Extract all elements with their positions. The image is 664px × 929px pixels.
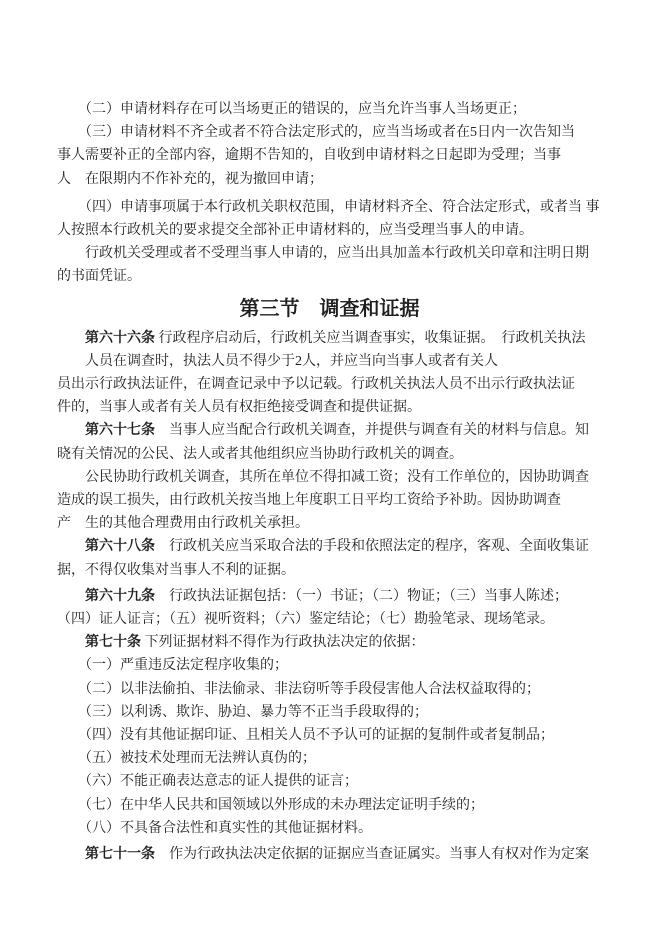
text-line: （二）申请材料存在可以当场更正的错误的，应当允许当事人当场更正； — [57, 98, 602, 121]
text-segment: 的书面凭证。 — [57, 269, 141, 284]
text-line: 第六十七条 当事人应当配合行政机关调查，并提供与调查有关的材料与信息。知 — [57, 419, 602, 442]
section-heading: 第三节 调查和证据 — [57, 295, 602, 323]
text-segment — [57, 423, 85, 438]
text-line: 晓有关情况的公民、法人或者其他组织应当协助行政机关的调查。 — [57, 443, 602, 466]
text-segment — [57, 635, 85, 650]
text-segment: 事人需要补正的全部内容，逾期不告知的，自收到申请材料之日起即为受理；当事 — [57, 148, 561, 163]
text-segment: 行政机关受理或者不受理当事人申请的，应当出具加盖本行政机关印章和注明日期 — [57, 246, 589, 261]
text-line: 第六十九条 行政执法证据包括：（一）书证；（二）物证；（三）当事人陈述； — [57, 585, 602, 608]
document-body: （二）申请材料存在可以当场更正的错误的，应当允许当事人当场更正； （三）申请材料… — [57, 98, 602, 866]
text-segment: （五）被技术处理而无法辨认真伪的； — [57, 751, 316, 766]
text-line: （一）严重违反法定程序收集的； — [57, 654, 602, 677]
text-segment: 行政执法证据包括：（一）书证；（二）物证；（三）当事人陈述； — [155, 589, 568, 604]
text-segment: 产 生的其他合理费用由行政机关承担。 — [57, 516, 309, 531]
text-line: （六）不能正确表达意志的证人提供的证言； — [57, 770, 602, 793]
text-line: （五）被技术处理而无法辨认真伪的； — [57, 747, 602, 770]
text-segment: （七）在中华人民共和国领域以外形成的未办理法定证明手续的； — [57, 798, 484, 813]
text-segment — [57, 539, 85, 554]
text-line: 员出示行政执法证件，在调查记录中予以记载。行政机关执法人员不出示行政执法证 — [57, 373, 602, 396]
document-page: （二）申请材料存在可以当场更正的错误的，应当允许当事人当场更正； （三）申请材料… — [0, 0, 664, 929]
text-segment — [57, 331, 85, 346]
text-segment: （一）严重违反法定程序收集的； — [57, 658, 288, 673]
text-line: 产 生的其他合理费用由行政机关承担。 — [57, 512, 602, 535]
text-segment: 员出示行政执法证件，在调查记录中予以记载。行政机关执法人员不出示行政执法证 — [57, 377, 575, 392]
text-line: （三）申请材料不齐全或者不符合法定形式的，应当当场或者在5日内一次告知当 — [57, 121, 602, 144]
article-number: 第七十一条 — [85, 847, 155, 862]
text-segment — [57, 847, 85, 862]
article-number: 第六十七条 — [85, 423, 155, 438]
text-segment: （六）不能正确表达意志的证人提供的证言； — [57, 774, 358, 789]
text-line: 第六十八条 行政机关应当采取合法的手段和依照法定的程序，客观、全面收集证 — [57, 535, 602, 558]
text-line: 行政机关受理或者不受理当事人申请的，应当出具加盖本行政机关印章和注明日期 — [57, 242, 602, 265]
text-segment: 晓有关情况的公民、法人或者其他组织应当协助行政机关的调查。 — [57, 447, 463, 462]
article-number: 第六十八条 — [85, 539, 155, 554]
text-segment: （三）以利诱、欺诈、胁迫、暴力等不正当手段取得的； — [57, 705, 428, 720]
text-line: 人 在限期内不作补充的，视为撤回申请； — [57, 168, 602, 191]
text-line: 据，不得仅收集对当事人不利的证据。 — [57, 559, 602, 582]
text-segment: （三）申请材料不齐全或者不符合法定形式的，应当当场或者在5日内一次告知当 — [57, 125, 575, 140]
text-segment: 造成的误工损失，由行政机关按当地上年度职工日平均工资给予补助。因协助调查 — [57, 493, 561, 508]
text-segment: 人按照本行政机关的要求提交全部补正申请材料的，应当受理当事人的申请。 — [57, 223, 533, 238]
text-segment: （二）申请材料存在可以当场更正的错误的，应当允许当事人当场更正； — [57, 102, 526, 117]
text-line: （七）在中华人民共和国领域以外形成的未办理法定证明手续的； — [57, 794, 602, 817]
text-segment: 据，不得仅收集对当事人不利的证据。 — [57, 563, 295, 578]
text-segment: 行政程序启动后，行政机关应当调查事实，收集证据。 行政机关执法 — [155, 331, 586, 346]
text-line: （八）不具备合法性和真实性的其他证据材料。 — [57, 817, 602, 840]
text-line: （四）没有其他证据印证、且相关人员不予认可的证据的复制件或者复制品； — [57, 724, 602, 747]
text-segment: 当事人应当配合行政机关调查，并提供与调查有关的材料与信息。知 — [155, 423, 589, 438]
text-line: 人员在调查时，执法人员不得少于2人，并应当向当事人或者有关人 — [57, 350, 602, 373]
text-segment: （八）不具备合法性和真实性的其他证据材料。 — [57, 821, 372, 836]
text-segment: 人 在限期内不作补充的，视为撤回申请； — [57, 172, 323, 187]
text-segment: （四）证人证言；（五）视听资料；（六）鉴定结论；（七）勘验笔录、现场笔录。 — [57, 612, 554, 627]
text-segment: 人员在调查时，执法人员不得少于2人，并应当向当事人或者有关人 — [57, 354, 498, 369]
text-line: （二）以非法偷拍、非法偷录、非法窃听等手段侵害他人合法权益取得的； — [57, 678, 602, 701]
text-line: （三）以利诱、欺诈、胁迫、暴力等不正当手段取得的； — [57, 701, 602, 724]
article-number: 第六十九条 — [85, 589, 155, 604]
text-line: 第六十六条 行政程序启动后，行政机关应当调查事实，收集证据。 行政机关执法 — [57, 327, 602, 350]
article-number: 第七十条 — [85, 635, 141, 650]
text-segment: 行政机关应当采取合法的手段和依照法定的程序，客观、全面收集证 — [155, 539, 589, 554]
text-segment: 下列证据材料不得作为行政执法决定的依据： — [141, 635, 425, 650]
text-line: 的书面凭证。 — [57, 265, 602, 288]
text-segment: （四）没有其他证据印证、且相关人员不予认可的证据的复制件或者复制品； — [57, 728, 554, 743]
text-segment — [57, 589, 85, 604]
text-line: 事人需要补正的全部内容，逾期不告知的，自收到申请材料之日起即为受理；当事 — [57, 144, 602, 167]
text-line: （四）证人证言；（五）视听资料；（六）鉴定结论；（七）勘验笔录、现场笔录。 — [57, 608, 602, 631]
text-line: 公民协助行政机关调查，其所在单位不得扣减工资；没有工作单位的，因协助调查 — [57, 466, 602, 489]
text-segment: （四）申请事项属于本行政机关职权范围，申请材料齐全、符合法定形式，或者当 事 — [57, 200, 600, 215]
text-line: （四）申请事项属于本行政机关职权范围，申请材料齐全、符合法定形式，或者当 事 — [57, 196, 602, 219]
text-segment: 作为行政执法决定依据的证据应当查证属实。当事人有权对作为定案 — [155, 847, 589, 862]
text-segment: 公民协助行政机关调查，其所在单位不得扣减工资；没有工作单位的，因协助调查 — [57, 470, 589, 485]
text-segment: 件的，当事人或者有关人员有权拒绝接受调查和提供证据。 — [57, 400, 421, 415]
text-line: 件的，当事人或者有关人员有权拒绝接受调查和提供证据。 — [57, 396, 602, 419]
text-line: 第七十条 下列证据材料不得作为行政执法决定的依据： — [57, 631, 602, 654]
text-line: 人按照本行政机关的要求提交全部补正申请材料的，应当受理当事人的申请。 — [57, 219, 602, 242]
text-line: 造成的误工损失，由行政机关按当地上年度职工日平均工资给予补助。因协助调查 — [57, 489, 602, 512]
text-line: 第七十一条 作为行政执法决定依据的证据应当查证属实。当事人有权对作为定案 — [57, 843, 602, 866]
text-segment: （二）以非法偷拍、非法偷录、非法窃听等手段侵害他人合法权益取得的； — [57, 682, 540, 697]
article-number: 第六十六条 — [85, 331, 155, 346]
